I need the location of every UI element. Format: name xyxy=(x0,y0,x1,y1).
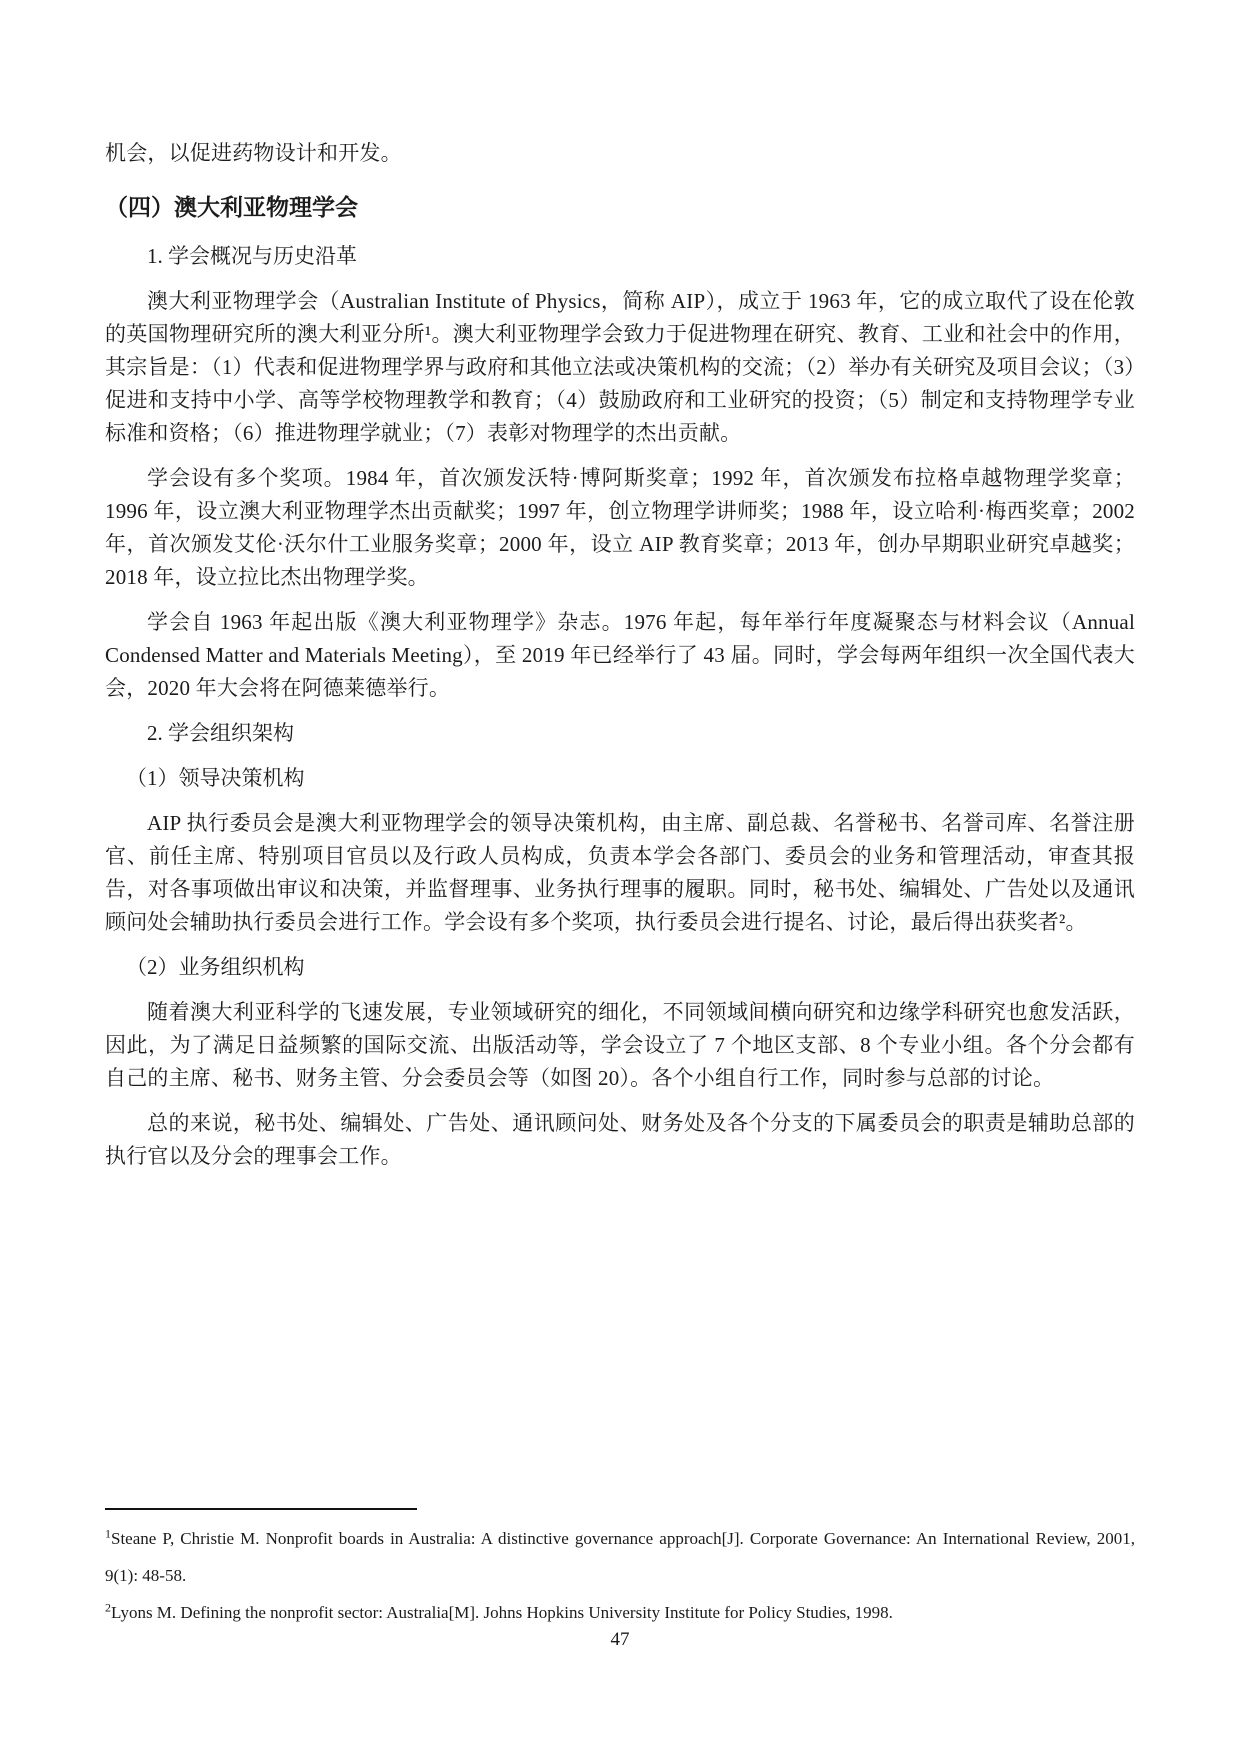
footnote-area: 1Steane P, Christie M. Nonprofit boards … xyxy=(105,1508,1135,1631)
footnote-2-text: Lyons M. Defining the nonprofit sector: … xyxy=(111,1603,893,1622)
paragraph-summary: 总的来说，秘书处、编辑处、广告处、通讯顾问处、财务处及各个分支的下属委员会的职责… xyxy=(105,1107,1135,1173)
document-body: 机会，以促进药物设计和开发。 （四）澳大利亚物理学会 1. 学会概况与历史沿革 … xyxy=(105,137,1135,1173)
subsection-heading-2: 2. 学会组织架构 xyxy=(105,717,1135,750)
paragraph-awards-history: 学会设有多个奖项。1984 年，首次颁发沃特·博阿斯奖章；1992 年，首次颁发… xyxy=(105,462,1135,594)
clause-heading-leadership: （1）领导决策机构 xyxy=(105,762,1135,795)
paragraph-branches-groups: 随着澳大利亚科学的飞速发展，专业领域研究的细化，不同领域间横向研究和边缘学科研究… xyxy=(105,996,1135,1095)
subsection-heading-1: 1. 学会概况与历史沿革 xyxy=(105,240,1135,273)
footnote-2: 2Lyons M. Defining the nonprofit sector:… xyxy=(105,1594,1135,1631)
paragraph-society-overview: 澳大利亚物理学会（Australian Institute of Physics… xyxy=(105,285,1135,450)
footnote-divider xyxy=(105,1508,417,1510)
footnote-1: 1Steane P, Christie M. Nonprofit boards … xyxy=(105,1520,1135,1594)
paragraph-continuation: 机会，以促进药物设计和开发。 xyxy=(105,137,1135,170)
paragraph-executive-committee: AIP 执行委员会是澳大利亚物理学会的领导决策机构，由主席、副总裁、名誉秘书、名… xyxy=(105,807,1135,939)
section-heading-4: （四）澳大利亚物理学会 xyxy=(105,190,1135,224)
paragraph-publications-meetings: 学会自 1963 年起出版《澳大利亚物理学》杂志。1976 年起，每年举行年度凝… xyxy=(105,606,1135,705)
footnote-1-text: Steane P, Christie M. Nonprofit boards i… xyxy=(105,1529,1135,1585)
document-page: 机会，以促进药物设计和开发。 （四）澳大利亚物理学会 1. 学会概况与历史沿革 … xyxy=(0,0,1240,1753)
page-number: 47 xyxy=(0,1628,1240,1652)
clause-heading-business-organization: （2）业务组织机构 xyxy=(105,951,1135,984)
